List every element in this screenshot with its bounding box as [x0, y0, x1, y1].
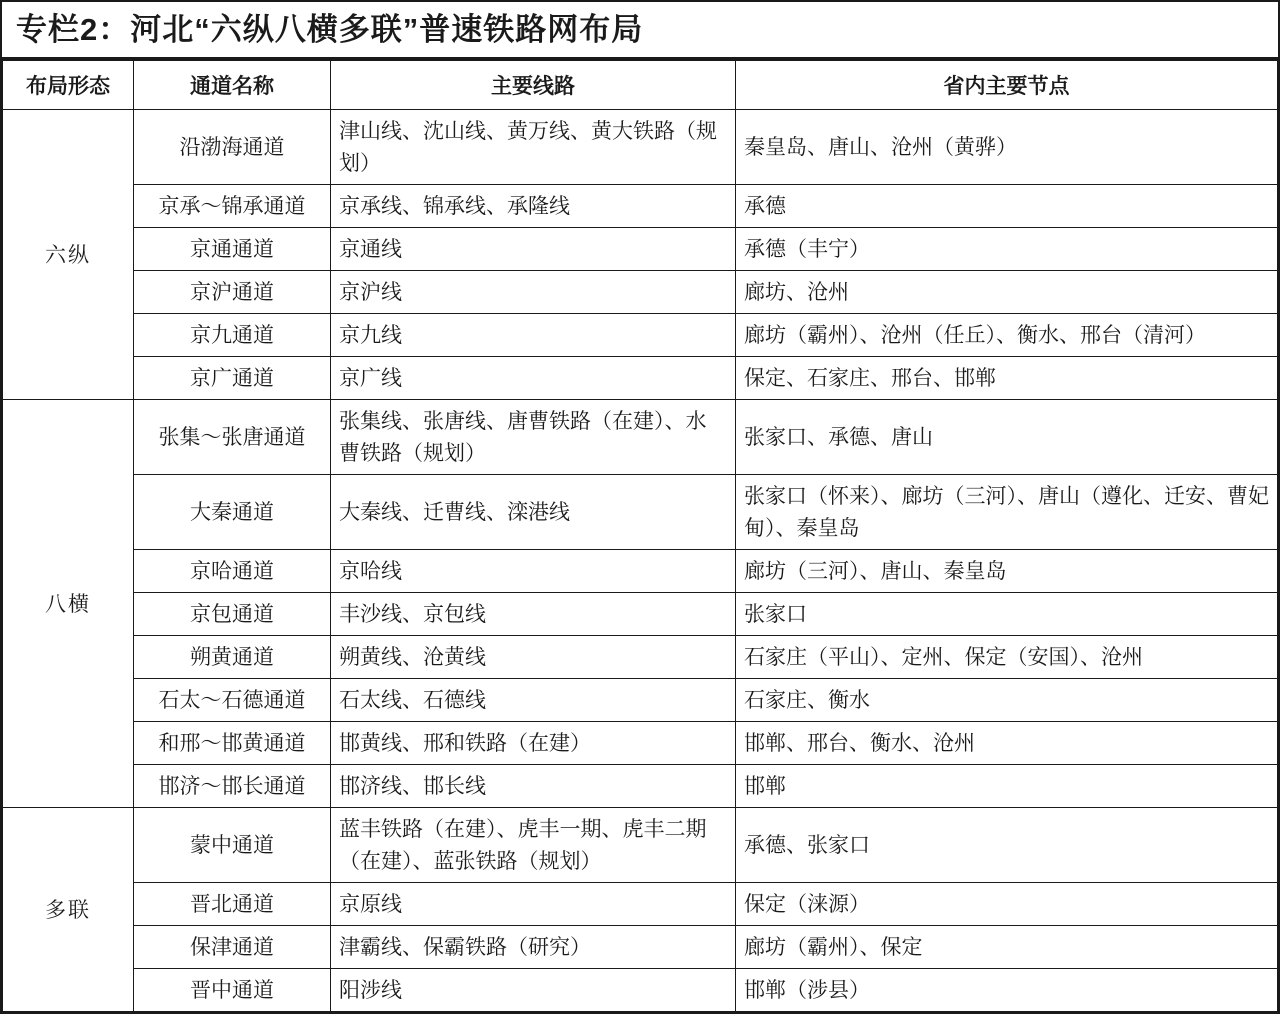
table-row: 邯济～邯长通道 邯济线、邯长线 邯郸: [3, 765, 1278, 808]
lines-cell: 蓝丰铁路（在建）、虎丰一期、虎丰二期（在建）、蓝张铁路（规划）: [331, 808, 736, 883]
page-title: 专栏2：河北“六纵八横多联”普速铁路网布局: [2, 2, 1278, 60]
railway-layout-table: 布局形态 通道名称 主要线路 省内主要节点 六纵 沿渤海通道 津山线、沈山线、黄…: [2, 60, 1278, 1012]
channel-cell: 保津通道: [134, 926, 331, 969]
nodes-cell: 张家口: [736, 593, 1278, 636]
table-row: 京承～锦承通道 京承线、锦承线、承隆线 承德: [3, 185, 1278, 228]
lines-cell: 津山线、沈山线、黄万线、黄大铁路（规划）: [331, 110, 736, 185]
lines-cell: 邯济线、邯长线: [331, 765, 736, 808]
lines-cell: 京广线: [331, 357, 736, 400]
group-label-cell: 六纵: [3, 110, 134, 400]
nodes-cell: 廊坊、沧州: [736, 271, 1278, 314]
lines-cell: 京哈线: [331, 550, 736, 593]
nodes-cell: 张家口、承德、唐山: [736, 400, 1278, 475]
nodes-cell: 承德（丰宁）: [736, 228, 1278, 271]
table-row: 大秦通道 大秦线、迁曹线、滦港线 张家口（怀来）、廊坊（三河）、唐山（遵化、迁安…: [3, 475, 1278, 550]
lines-cell: 丰沙线、京包线: [331, 593, 736, 636]
nodes-cell: 承德: [736, 185, 1278, 228]
table-row: 京包通道 丰沙线、京包线 张家口: [3, 593, 1278, 636]
lines-cell: 京承线、锦承线、承隆线: [331, 185, 736, 228]
table-row: 六纵 沿渤海通道 津山线、沈山线、黄万线、黄大铁路（规划） 秦皇岛、唐山、沧州（…: [3, 110, 1278, 185]
lines-cell: 张集线、张唐线、唐曹铁路（在建）、水曹铁路（规划）: [331, 400, 736, 475]
table-row: 京沪通道 京沪线 廊坊、沧州: [3, 271, 1278, 314]
channel-cell: 晋中通道: [134, 969, 331, 1012]
channel-cell: 大秦通道: [134, 475, 331, 550]
nodes-cell: 张家口（怀来）、廊坊（三河）、唐山（遵化、迁安、曹妃甸）、秦皇岛: [736, 475, 1278, 550]
nodes-cell: 邯郸: [736, 765, 1278, 808]
channel-cell: 张集～张唐通道: [134, 400, 331, 475]
header-layout-form: 布局形态: [3, 61, 134, 110]
table-row: 晋中通道 阳涉线 邯郸（涉县）: [3, 969, 1278, 1012]
group-label-cell: 多联: [3, 808, 134, 1012]
table-row: 京九通道 京九线 廊坊（霸州）、沧州（任丘）、衡水、邢台（清河）: [3, 314, 1278, 357]
header-main-lines: 主要线路: [331, 61, 736, 110]
channel-cell: 晋北通道: [134, 883, 331, 926]
lines-cell: 石太线、石德线: [331, 679, 736, 722]
lines-cell: 邯黄线、邢和铁路（在建）: [331, 722, 736, 765]
nodes-cell: 邯郸（涉县）: [736, 969, 1278, 1012]
channel-cell: 京沪通道: [134, 271, 331, 314]
table-row: 朔黄通道 朔黄线、沧黄线 石家庄（平山）、定州、保定（安国）、沧州: [3, 636, 1278, 679]
table-row: 和邢～邯黄通道 邯黄线、邢和铁路（在建） 邯郸、邢台、衡水、沧州: [3, 722, 1278, 765]
lines-cell: 阳涉线: [331, 969, 736, 1012]
channel-cell: 京九通道: [134, 314, 331, 357]
nodes-cell: 廊坊（三河）、唐山、秦皇岛: [736, 550, 1278, 593]
table-row: 石太～石德通道 石太线、石德线 石家庄、衡水: [3, 679, 1278, 722]
channel-cell: 邯济～邯长通道: [134, 765, 331, 808]
lines-cell: 京通线: [331, 228, 736, 271]
lines-cell: 京沪线: [331, 271, 736, 314]
table-row: 晋北通道 京原线 保定（涞源）: [3, 883, 1278, 926]
lines-cell: 津霸线、保霸铁路（研究）: [331, 926, 736, 969]
channel-cell: 京包通道: [134, 593, 331, 636]
channel-cell: 和邢～邯黄通道: [134, 722, 331, 765]
table-row: 京广通道 京广线 保定、石家庄、邢台、邯郸: [3, 357, 1278, 400]
nodes-cell: 石家庄、衡水: [736, 679, 1278, 722]
nodes-cell: 廊坊（霸州）、保定: [736, 926, 1278, 969]
nodes-cell: 邯郸、邢台、衡水、沧州: [736, 722, 1278, 765]
channel-cell: 京通通道: [134, 228, 331, 271]
nodes-cell: 石家庄（平山）、定州、保定（安国）、沧州: [736, 636, 1278, 679]
lines-cell: 大秦线、迁曹线、滦港线: [331, 475, 736, 550]
table-row: 京通通道 京通线 承德（丰宁）: [3, 228, 1278, 271]
table-row: 多联 蒙中通道 蓝丰铁路（在建）、虎丰一期、虎丰二期（在建）、蓝张铁路（规划） …: [3, 808, 1278, 883]
channel-cell: 蒙中通道: [134, 808, 331, 883]
channel-cell: 京广通道: [134, 357, 331, 400]
header-main-nodes: 省内主要节点: [736, 61, 1278, 110]
channel-cell: 朔黄通道: [134, 636, 331, 679]
lines-cell: 京原线: [331, 883, 736, 926]
lines-cell: 朔黄线、沧黄线: [331, 636, 736, 679]
header-row: 布局形态 通道名称 主要线路 省内主要节点: [3, 61, 1278, 110]
channel-cell: 石太～石德通道: [134, 679, 331, 722]
lines-cell: 京九线: [331, 314, 736, 357]
table-row: 保津通道 津霸线、保霸铁路（研究） 廊坊（霸州）、保定: [3, 926, 1278, 969]
table-row: 八横 张集～张唐通道 张集线、张唐线、唐曹铁路（在建）、水曹铁路（规划） 张家口…: [3, 400, 1278, 475]
nodes-cell: 保定（涞源）: [736, 883, 1278, 926]
channel-cell: 京承～锦承通道: [134, 185, 331, 228]
channel-cell: 京哈通道: [134, 550, 331, 593]
nodes-cell: 廊坊（霸州）、沧州（任丘）、衡水、邢台（清河）: [736, 314, 1278, 357]
nodes-cell: 秦皇岛、唐山、沧州（黄骅）: [736, 110, 1278, 185]
group-label-cell: 八横: [3, 400, 134, 808]
table-row: 京哈通道 京哈线 廊坊（三河）、唐山、秦皇岛: [3, 550, 1278, 593]
nodes-cell: 承德、张家口: [736, 808, 1278, 883]
nodes-cell: 保定、石家庄、邢台、邯郸: [736, 357, 1278, 400]
header-channel-name: 通道名称: [134, 61, 331, 110]
channel-cell: 沿渤海通道: [134, 110, 331, 185]
document-page: 专栏2：河北“六纵八横多联”普速铁路网布局 布局形态 通道名称 主要线路 省内主…: [0, 0, 1280, 1014]
